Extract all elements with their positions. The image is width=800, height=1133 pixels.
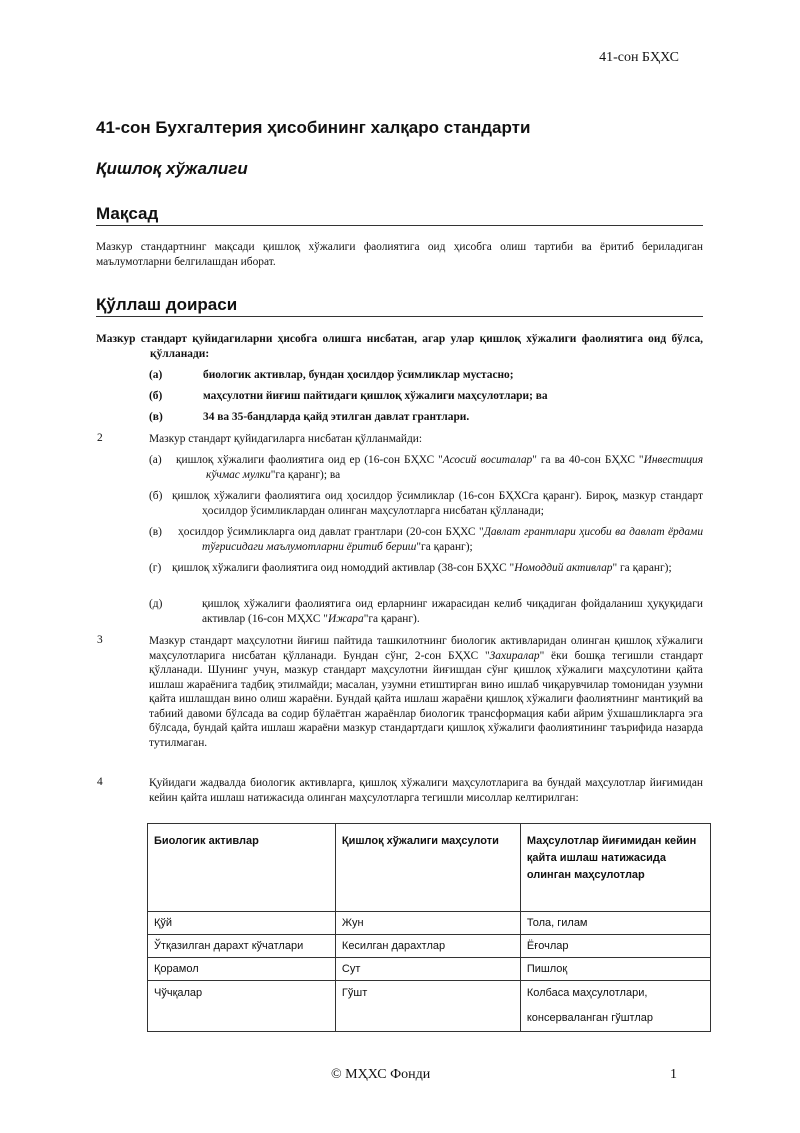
table-header-processed-products: Маҳсулотлар йиғимидан кейин қайта ишлаш … [520, 824, 710, 912]
table-cell: Кесилган дарахтлар [335, 935, 520, 958]
scope-para2-item-a-label: (а) [149, 453, 162, 468]
table-header-agricultural-produce: Қишлоқ хўжалиги маҳсулоти [335, 824, 520, 912]
table-cell: Қўй [148, 912, 336, 935]
table-header-biological-assets: Биологик активлар [148, 824, 336, 912]
document-subtitle: Қишлоқ хўжалиги [96, 159, 248, 179]
scope-para1-item-a-text: биологик активлар, бундан ҳосилдор ўсимл… [203, 368, 514, 383]
scope-para2-item-b-label: (б) [149, 489, 162, 504]
objective-paragraph: Мазкур стандартнинг мақсади қишлоқ хўжал… [96, 240, 703, 269]
section-heading-scope: Қўллаш доираси [96, 295, 703, 317]
table-row: Қўй Жун Тола, гилам [148, 912, 711, 935]
scope-para2-item-g-text: қишлоқ хўжалиги фаолиятига оид номоддий … [172, 561, 703, 576]
running-header: 41-сон БҲХС [599, 50, 679, 66]
scope-para1-item-c-label: (в) [149, 410, 163, 425]
table-row: Ўтқазилган дарахт кўчатлари Кесилган дар… [148, 935, 711, 958]
examples-table: Биологик активлар Қишлоқ хўжалиги маҳсул… [147, 823, 711, 1032]
scope-para2-item-d-text: қишлоқ хўжалиги фаолиятига оид ерларнинг… [202, 597, 703, 626]
scope-para2-item-d-label: (д) [149, 597, 162, 612]
paragraph-number-3: 3 [97, 634, 103, 646]
scope-para2-item-v-text: ҳосилдор ўсимликларга оид давлат грантла… [178, 525, 703, 554]
scope-para1-item-b-text: маҳсулотни йиғиш пайтидаги қишлоқ хўжали… [203, 389, 548, 404]
page-number: 1 [670, 1067, 677, 1083]
table-cell: Ўтқазилган дарахт кўчатлари [148, 935, 336, 958]
paragraph-number-2: 2 [97, 432, 103, 444]
table-cell: Чўчқалар [148, 981, 336, 1032]
table-cell: Тола, гилам [520, 912, 710, 935]
table-cell: Пишлоқ [520, 958, 710, 981]
table-row: Чўчқалар Гўшт Колбаса маҳсулотлари, конс… [148, 981, 711, 1032]
table-cell: Ёғочлар [520, 935, 710, 958]
footer-copyright: © МҲХС Фонди [331, 1067, 430, 1083]
scope-para2-intro: Мазкур стандарт қуйидагиларга нисбатан қ… [149, 432, 422, 447]
scope-para3-text: Мазкур стандарт маҳсулотни йиғиш пайтида… [149, 634, 703, 750]
table-cell: Гўшт [335, 981, 520, 1032]
scope-para4-text: Қуйидаги жадвалда биологик активларга, қ… [149, 776, 703, 805]
scope-para2-item-v-label: (в) [149, 525, 162, 540]
table-cell: Колбаса маҳсулотлари, консерваланган гўш… [520, 981, 710, 1032]
scope-para1-item-c-text: 34 ва 35-бандларда қайд этилган давлат г… [203, 410, 469, 425]
scope-para1-item-b-label: (б) [149, 389, 162, 404]
document-title: 41-сон Бухгалтерия ҳисобининг халқаро ст… [96, 118, 530, 138]
table-cell: Сут [335, 958, 520, 981]
table-header-row: Биологик активлар Қишлоқ хўжалиги маҳсул… [148, 824, 711, 912]
table-row: Қорамол Сут Пишлоқ [148, 958, 711, 981]
section-heading-objective: Мақсад [96, 204, 703, 226]
scope-para2-item-b-text: қишлоқ хўжалиги фаолиятига оид ҳосилдор … [172, 489, 703, 518]
scope-para2-item-g-label: (г) [149, 561, 161, 576]
scope-para2-item-a-text: қишлоқ хўжалиги фаолиятига оид ер (16-со… [176, 453, 703, 482]
scope-para1-intro: Мазкур стандарт қуйидагиларни ҳисобга ол… [96, 332, 703, 361]
paragraph-number-4: 4 [97, 776, 103, 788]
scope-para1-item-a-label: (а) [149, 368, 162, 383]
table-cell: Жун [335, 912, 520, 935]
table-cell: Қорамол [148, 958, 336, 981]
